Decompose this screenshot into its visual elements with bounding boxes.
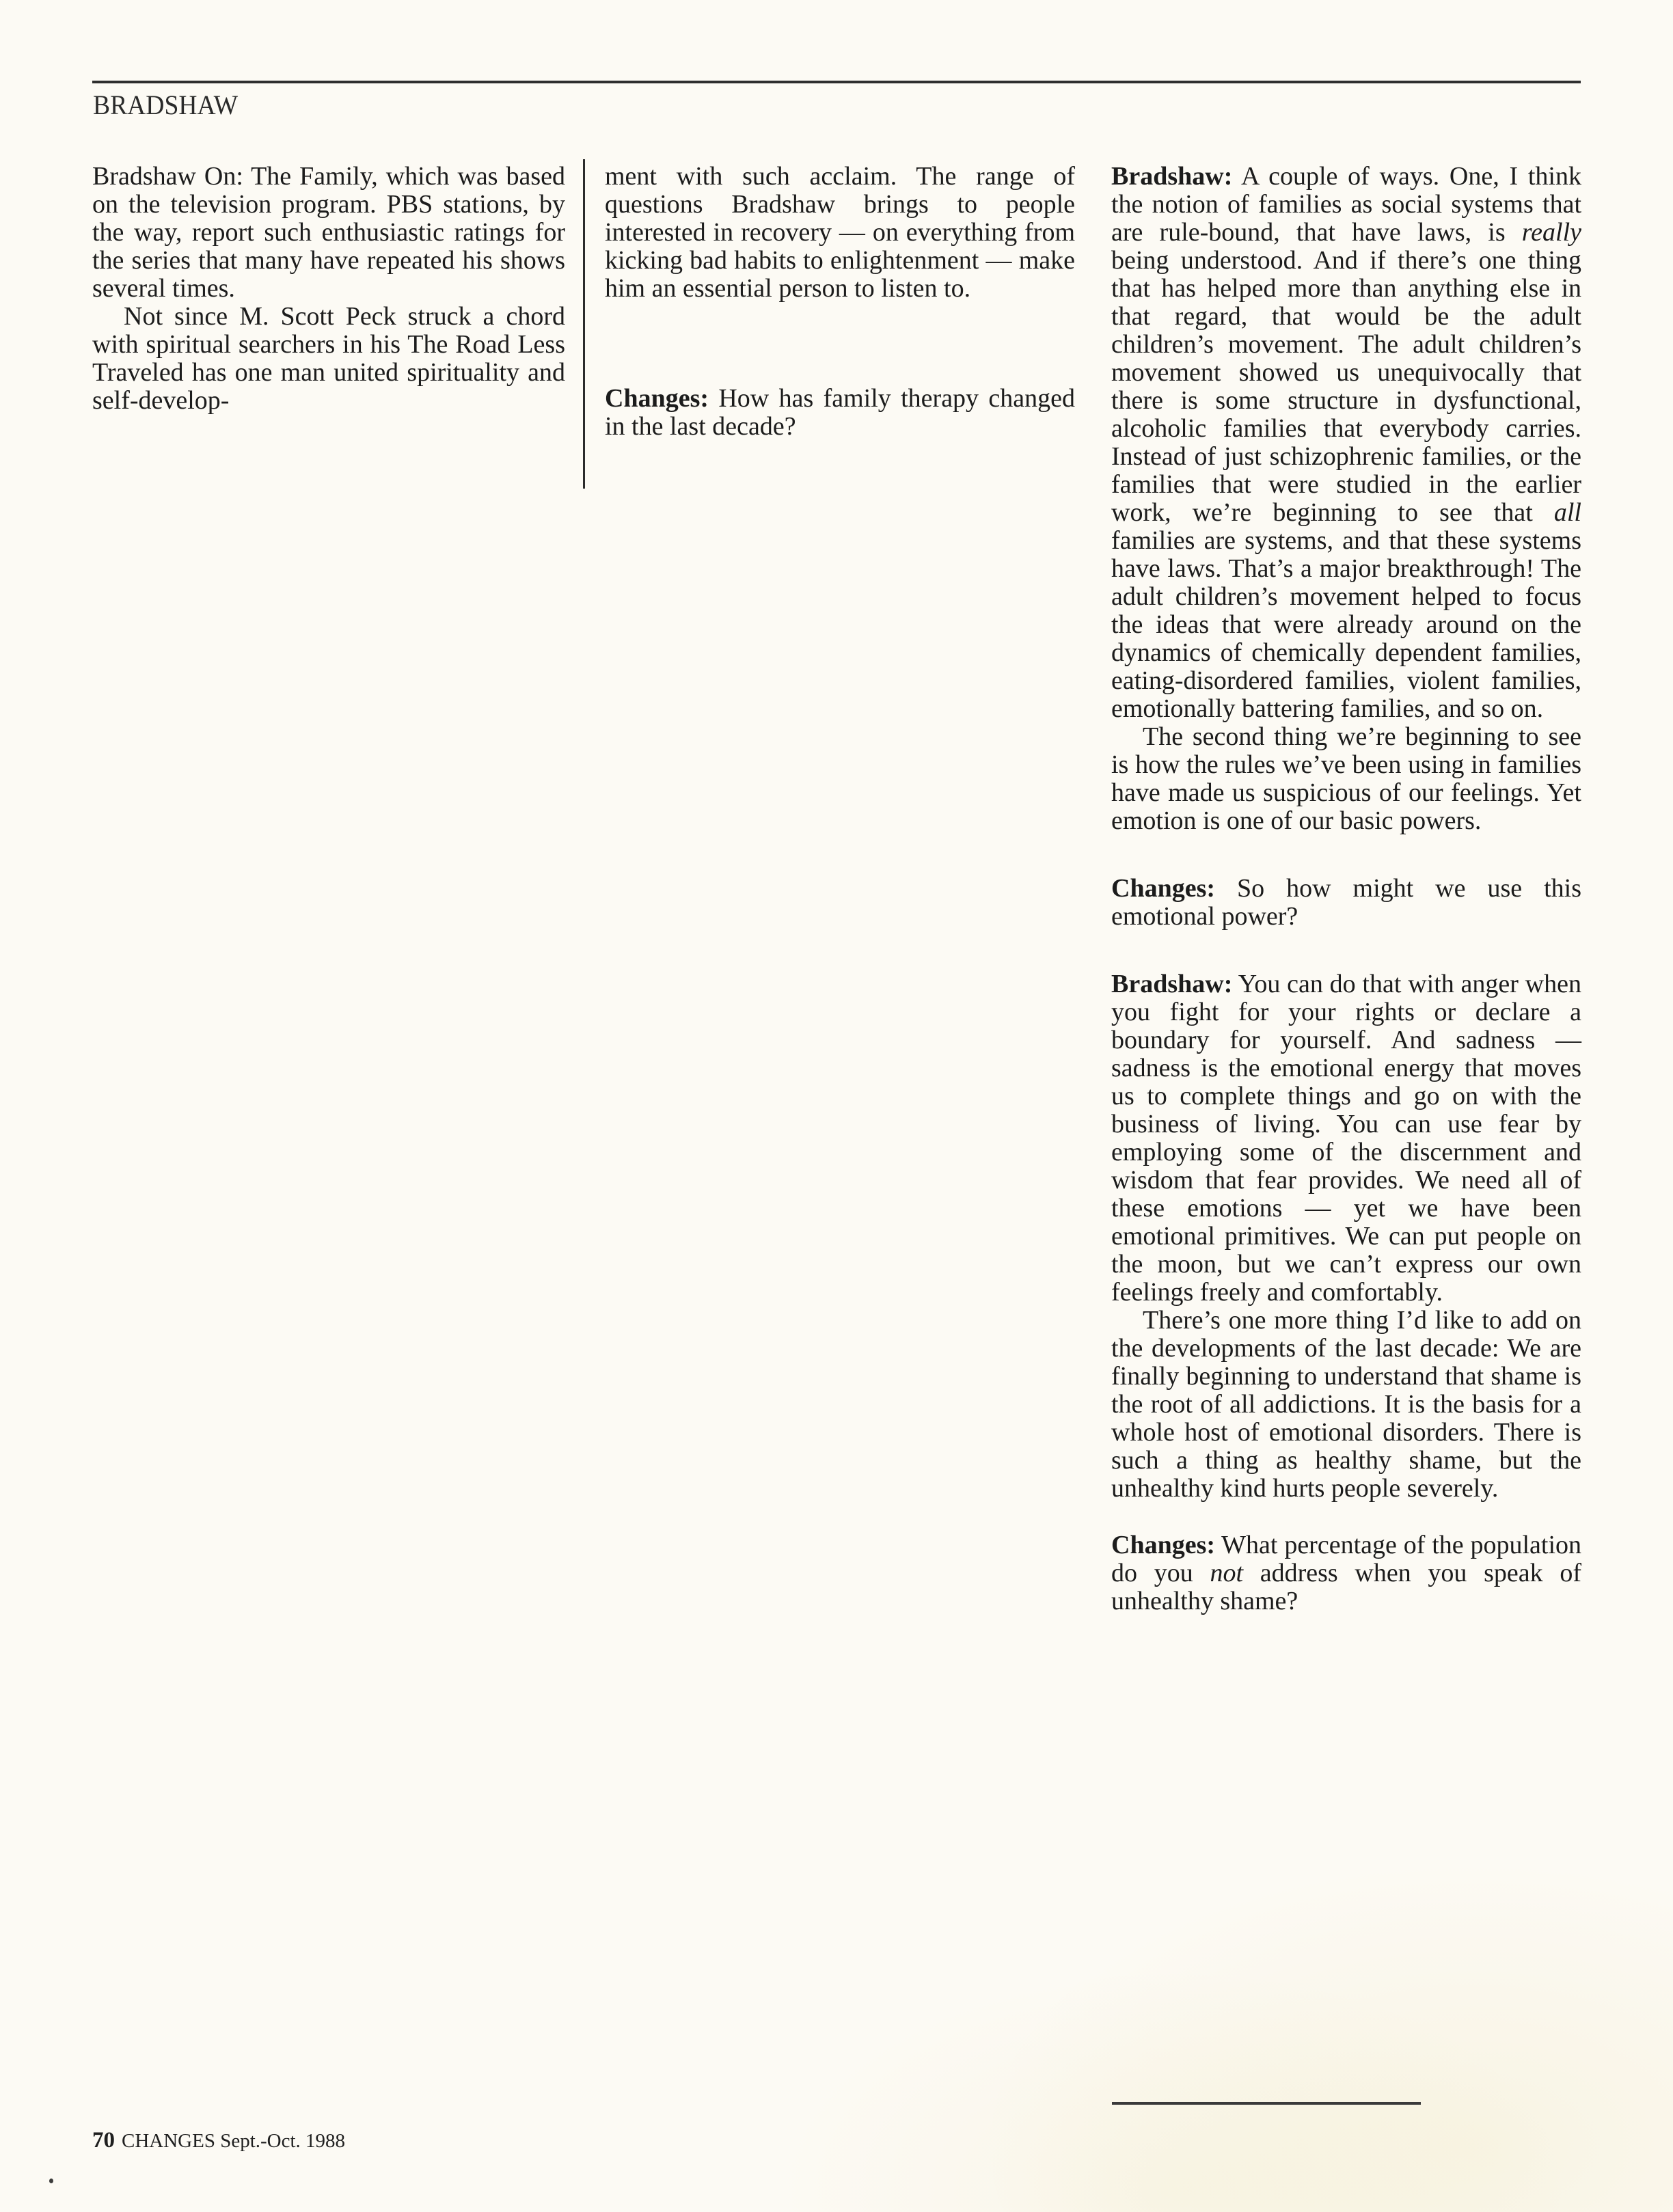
text-run: being understood. And if there’s one thi… <box>1111 246 1581 527</box>
body-paragraph: Bradshaw On: The Family, which was based… <box>92 163 565 303</box>
header-rule <box>92 81 1581 83</box>
magazine-name-date: CHANGES Sept.-Oct. 1988 <box>122 2130 345 2152</box>
text-column-2: ment with such acclaim. The range of que… <box>605 163 1075 441</box>
magazine-page-scan: BRADSHAW Bradshaw On: The Family, which … <box>0 0 1673 2212</box>
emphasis-text: not <box>1210 1559 1243 1587</box>
page-number: 70 <box>92 2128 115 2153</box>
text-column-3: Bradshaw: A couple of ways. One, I think… <box>1111 163 1581 1615</box>
page-footer: 70CHANGES Sept.-Oct. 1988 <box>92 2128 345 2153</box>
speaker-label: Bradshaw: <box>1111 970 1232 998</box>
qa-paragraph: Bradshaw: A couple of ways. One, I think… <box>1111 163 1581 723</box>
text-run: families are systems, and that these sys… <box>1111 526 1581 723</box>
speaker-label: Changes: <box>1111 874 1215 903</box>
emphasis-text: really <box>1522 218 1581 247</box>
emphasis-text: all <box>1554 498 1581 527</box>
scan-artifact-dot <box>49 2179 53 2183</box>
qa-paragraph: Changes: How has family therapy changed … <box>605 385 1075 441</box>
body-paragraph: The second thing we’re beginning to see … <box>1111 723 1581 835</box>
text-column-1: Bradshaw On: The Family, which was based… <box>92 163 565 415</box>
text-run: There’s one more thing I’d like to add o… <box>1111 1306 1581 1503</box>
body-paragraph: There’s one more thing I’d like to add o… <box>1111 1307 1581 1503</box>
speaker-label: Bradshaw: <box>1111 162 1232 191</box>
body-paragraph: ment with such acclaim. The range of que… <box>605 163 1075 303</box>
qa-paragraph: Bradshaw: You can do that with anger whe… <box>1111 970 1581 1307</box>
end-of-article-rule <box>1112 2102 1421 2105</box>
text-run: ment with such acclaim. The range of que… <box>605 162 1075 303</box>
text-run: You can do that with anger when you figh… <box>1111 970 1581 1307</box>
qa-paragraph: Changes: What percentage of the populati… <box>1111 1531 1581 1615</box>
text-run: Not since M. Scott Peck struck a chord w… <box>92 302 565 415</box>
text-run: Bradshaw On: The Family, which was based… <box>92 162 565 303</box>
qa-paragraph: Changes: So how might we use this emotio… <box>1111 875 1581 931</box>
speaker-label: Changes: <box>1111 1531 1215 1559</box>
text-run: The second thing we’re beginning to see … <box>1111 722 1581 835</box>
column-divider-rule <box>583 159 585 489</box>
speaker-label: Changes: <box>605 384 709 413</box>
running-head-title: BRADSHAW <box>93 89 238 121</box>
body-paragraph: Not since M. Scott Peck struck a chord w… <box>92 303 565 415</box>
